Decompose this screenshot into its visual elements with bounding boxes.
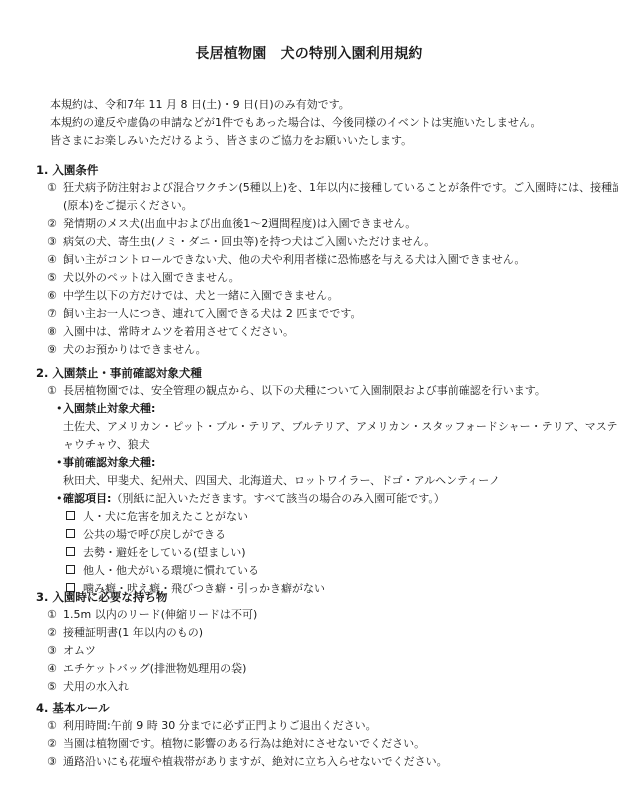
- checkbox-icon: [66, 547, 75, 556]
- list-item: ④エチケットバッグ(排泄物処理用の袋): [47, 660, 246, 678]
- list-item: ⑨犬のお預かりはできません。: [47, 341, 207, 359]
- bullet-icon: •: [56, 400, 63, 418]
- document-page: 長居植物園 犬の特別入園利用規約 本規約は、令和7年 11 月 8 日(土)・9…: [0, 0, 618, 800]
- item-number: ⑨: [47, 341, 63, 359]
- checklist-text: 去勢・避妊をしている(望ましい): [83, 546, 246, 559]
- item-number: ⑤: [47, 269, 63, 287]
- item-number: ②: [47, 215, 63, 233]
- prohibited-breeds-label: 入園禁止対象犬種:: [63, 400, 155, 418]
- item-number: ⑤: [47, 678, 63, 696]
- checkbox-icon: [66, 529, 75, 538]
- list-item: ③通路沿いにも花壇や植栽帯がありますが、絶対に立ち入らせないでください。: [47, 753, 448, 771]
- list-item: ④飼い主がコントロールできない犬、他の犬や利用者様に恐怖感を与える犬は入園できま…: [47, 251, 525, 269]
- intro-line: 本規約の違反や虚偽の申請などが1件でもあった場合は、今後同様のイベントは実施いた…: [50, 114, 542, 132]
- list-item: ⑦飼い主お一人につき、連れて入園できる犬は 2 匹までです。: [47, 305, 361, 323]
- item-number: ②: [47, 735, 63, 753]
- item-number: ①: [47, 606, 63, 624]
- section-heading: 2. 入園禁止・事前確認対象犬種: [36, 364, 202, 382]
- list-item: ②発情期のメス犬(出血中および出血後1～2週間程度)は入園できません。: [47, 215, 416, 233]
- section-heading: 3. 入園時に必要な持ち物: [36, 588, 167, 606]
- list-item: ③病気の犬、寄生虫(ノミ・ダニ・回虫等)を持つ犬はご入園いただけません。: [47, 233, 435, 251]
- item-number: ③: [47, 753, 63, 771]
- item-text-continuation: (原本)をご提示ください。: [63, 197, 193, 215]
- item-text: 犬用の水入れ: [63, 680, 129, 693]
- list-item: ⑥中学生以下の方だけでは、犬と一緒に入園できません。: [47, 287, 339, 305]
- item-text: 病気の犬、寄生虫(ノミ・ダニ・回虫等)を持つ犬はご入園いただけません。: [63, 235, 435, 248]
- section-heading: 4. 基本ルール: [36, 699, 110, 717]
- list-item: ①1.5m 以内のリード(伸縮リードは不可): [47, 606, 257, 624]
- checklist-text: 他人・他犬がいる環境に慣れている: [83, 564, 259, 577]
- item-number: ⑧: [47, 323, 63, 341]
- item-number: ⑦: [47, 305, 63, 323]
- item-text: 犬のお預かりはできません。: [63, 343, 207, 356]
- list-item: ②接種証明書(1 年以内のもの): [47, 624, 203, 642]
- item-text: 飼い主がコントロールできない犬、他の犬や利用者様に恐怖感を与える犬は入園できませ…: [63, 253, 525, 266]
- item-text: オムツ: [63, 644, 96, 657]
- list-item: ①狂犬病予防注射および混合ワクチン(5種以上)を、1年以内に接種していることが条…: [47, 179, 618, 197]
- section-heading: 1. 入園条件: [36, 161, 98, 179]
- confirm-items-label: 確認項目:: [63, 492, 111, 505]
- checklist-text: 公共の場で呼び戻しができる: [83, 528, 226, 541]
- precheck-breeds-list: 秋田犬、甲斐犬、紀州犬、四国犬、北海道犬、ロットワイラー、ドゴ・アルヘンティーノ: [63, 472, 500, 490]
- item-text: 狂犬病予防注射および混合ワクチン(5種以上)を、1年以内に接種していることが条件…: [63, 181, 618, 194]
- list-item: ①利用時間:午前 9 時 30 分までに必ず正門よりご退出ください。: [47, 717, 377, 735]
- list-item: ①長居植物園では、安全管理の観点から、以下の犬種について入園制限および事前確認を…: [47, 382, 546, 400]
- page-title: 長居植物園 犬の特別入園利用規約: [0, 43, 618, 63]
- item-text: 入園中は、常時オムツを着用させてください。: [63, 325, 294, 338]
- checklist-item: 人・犬に危害を加えたことがない: [66, 508, 248, 526]
- intro-line: 本規約は、令和7年 11 月 8 日(土)・9 日(日)のみ有効です。: [50, 96, 542, 114]
- item-text: 1.5m 以内のリード(伸縮リードは不可): [63, 608, 257, 621]
- bullet-icon: •: [56, 454, 63, 472]
- item-number: ②: [47, 624, 63, 642]
- precheck-breeds-label: 事前確認対象犬種:: [63, 454, 155, 472]
- item-text: 通路沿いにも花壇や植栽帯がありますが、絶対に立ち入らせないでください。: [63, 755, 448, 768]
- list-item: ⑤犬用の水入れ: [47, 678, 129, 696]
- prohibited-breeds-list: 土佐犬、アメリカン・ピット・ブル・テリア、ブルテリア、アメリカン・スタッフォード…: [63, 418, 618, 436]
- list-item: ②当園は植物園です。植物に影響のある行為は絶対にさせないでください。: [47, 735, 425, 753]
- checkbox-icon: [66, 565, 75, 574]
- bullet-icon: •: [56, 490, 63, 508]
- item-number: ③: [47, 233, 63, 251]
- checkbox-icon: [66, 511, 75, 520]
- prohibited-breeds-list-cont: ャウチャウ、狼犬: [63, 436, 150, 454]
- item-text: 長居植物園では、安全管理の観点から、以下の犬種について入園制限および事前確認を行…: [63, 384, 546, 397]
- item-number: ③: [47, 642, 63, 660]
- list-item: ⑧入園中は、常時オムツを着用させてください。: [47, 323, 294, 341]
- confirm-items-note: （別紙に記入いただきます。すべて該当の場合のみ入園可能です。）: [111, 492, 445, 505]
- checklist-text: 人・犬に危害を加えたことがない: [83, 510, 248, 523]
- item-number: ④: [47, 660, 63, 678]
- checklist-item: 公共の場で呼び戻しができる: [66, 526, 226, 544]
- list-item: ③オムツ: [47, 642, 96, 660]
- item-text: 発情期のメス犬(出血中および出血後1～2週間程度)は入園できません。: [63, 217, 416, 230]
- item-number: ①: [47, 382, 63, 400]
- item-number: ④: [47, 251, 63, 269]
- checklist-item: 他人・他犬がいる環境に慣れている: [66, 562, 259, 580]
- item-text: 犬以外のペットは入園できません。: [63, 271, 240, 284]
- intro-paragraph: 本規約は、令和7年 11 月 8 日(土)・9 日(日)のみ有効です。 本規約の…: [50, 96, 542, 150]
- item-text: 利用時間:午前 9 時 30 分までに必ず正門よりご退出ください。: [63, 719, 377, 732]
- item-text: 中学生以下の方だけでは、犬と一緒に入園できません。: [63, 289, 339, 302]
- checklist-item: 去勢・避妊をしている(望ましい): [66, 544, 246, 562]
- item-number: ①: [47, 179, 63, 197]
- item-text: 接種証明書(1 年以内のもの): [63, 626, 203, 639]
- intro-line: 皆さまにお楽しみいただけるよう、皆さまのご協力をお願いいたします。: [50, 132, 542, 150]
- confirm-items-header: 確認項目:（別紙に記入いただきます。すべて該当の場合のみ入園可能です。）: [63, 490, 445, 508]
- list-item: ⑤犬以外のペットは入園できません。: [47, 269, 240, 287]
- item-text: エチケットバッグ(排泄物処理用の袋): [63, 662, 246, 675]
- item-number: ⑥: [47, 287, 63, 305]
- item-text: 当園は植物園です。植物に影響のある行為は絶対にさせないでください。: [63, 737, 425, 750]
- item-number: ①: [47, 717, 63, 735]
- item-text: 飼い主お一人につき、連れて入園できる犬は 2 匹までです。: [63, 307, 361, 320]
